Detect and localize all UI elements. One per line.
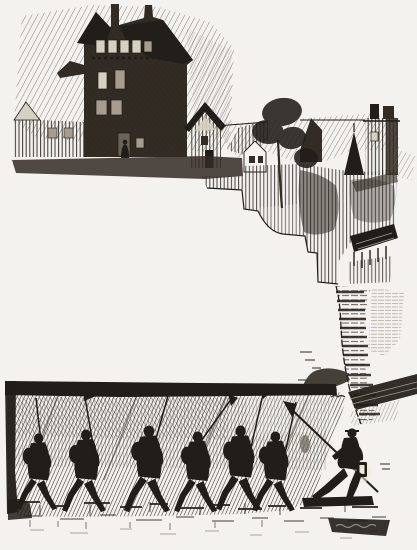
cottage-window [249, 156, 255, 163]
distant-figure [300, 435, 310, 453]
village-lane-light [258, 204, 300, 236]
mansion-vignette [12, 4, 243, 189]
lantern-pane [360, 465, 365, 474]
leader-head [347, 428, 356, 437]
mansion-window [111, 100, 122, 115]
mansion-window [136, 138, 144, 148]
tower-window [371, 132, 378, 141]
side-house-window [201, 136, 208, 145]
mansion-window [144, 41, 152, 52]
mansion-window [115, 70, 125, 89]
wing-window [48, 128, 57, 138]
doorway-figure-head [123, 140, 128, 145]
mansion-window [108, 40, 117, 53]
mansion-window [132, 40, 141, 53]
mansion-window [96, 40, 105, 53]
mansion-window [120, 40, 129, 53]
engraving-illustration [0, 0, 417, 550]
hillside-shadow-right [350, 179, 396, 223]
engraving-canvas [0, 0, 417, 550]
mansion-window [98, 72, 107, 89]
wing-window [64, 128, 73, 138]
ground-strip-step [202, 176, 243, 189]
tower-chimney [383, 106, 394, 119]
tower-chimney [370, 104, 379, 119]
cottage-window [258, 156, 263, 163]
mansion-window [96, 100, 107, 115]
